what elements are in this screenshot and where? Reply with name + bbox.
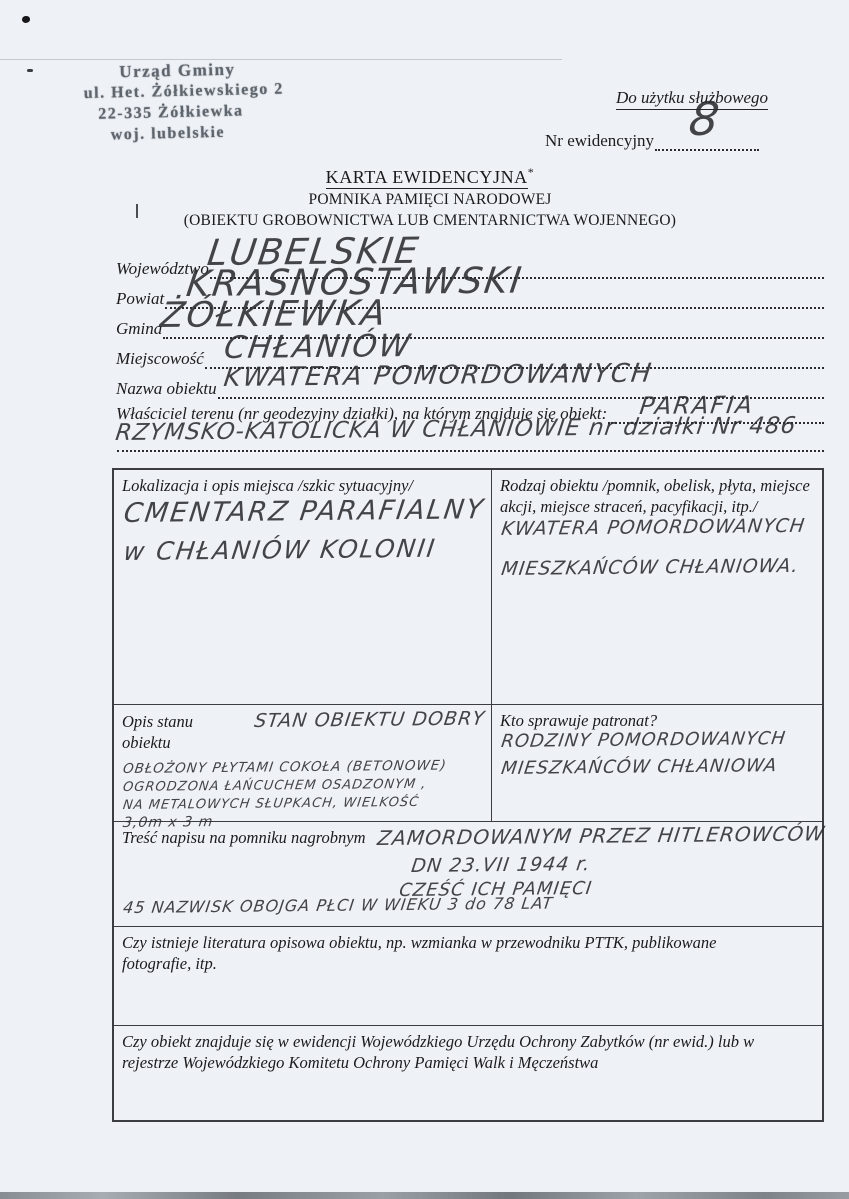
form-subtitle-2: (OBIEKTU GROBOWNICTWA LUB CMENTARNICTWA … <box>115 212 745 230</box>
cell-label: Czy istnieje literatura opisowa obiektu,… <box>122 932 787 974</box>
stamp-line: Urząd Gminy <box>119 57 357 82</box>
handwritten-lokalizacja-2: w CHŁANIÓW KOLONII <box>122 533 487 566</box>
form-subtitle-1: POMNIKA PAMIĘCI NARODOWEJ <box>115 191 745 209</box>
field-label: Nazwa obiektu <box>116 379 217 399</box>
scanned-form-page: Urząd Gminy ul. Het. Żółkiewskiego 2 22-… <box>0 0 849 1199</box>
registry-number-row: Nr ewidencyjny <box>545 131 759 151</box>
field-label: Gmina <box>116 319 162 339</box>
field-label: Powiat <box>116 289 164 309</box>
cell-tresc-napisu: Treść napisu na pomniku nagrobnym ZAMORD… <box>114 822 822 926</box>
handwritten-opis-2: OBŁOŻONY PŁYTAMI COKOŁA (BETONOWE) <box>122 757 486 777</box>
stamp-line: woj. lubelskie <box>111 121 359 145</box>
cell-rodzaj-obiektu: Rodzaj obiektu /pomnik, obelisk, płyta, … <box>492 470 822 704</box>
cell-label: Opis stanu obiektu <box>122 711 239 753</box>
cell-patronat: Kto sprawuje patronat? RODZINY POMORDOWA… <box>492 705 822 821</box>
stamp-line: 22-335 Żółkiewka <box>98 100 358 124</box>
handwritten-patronat-1: RODZINY POMORDOWANYCH <box>500 728 817 752</box>
cell-lokalizacja: Lokalizacja i opis miejsca /szkic sytuac… <box>114 470 492 704</box>
form-title-block: KARTA EWIDENCYJNA* POMNIKA PAMIĘCI NAROD… <box>115 165 745 230</box>
form-table: Lokalizacja i opis miejsca /szkic sytuac… <box>112 468 824 1122</box>
handwritten-patronat-2: MIESZKAŃCÓW CHŁANIOWA <box>500 755 817 779</box>
form-title: KARTA EWIDENCYJNA* <box>115 165 745 188</box>
handwritten-opis-1: STAN OBIEKTU DOBRY <box>253 708 486 732</box>
handwritten-lokalizacja-1: CMENTARZ PARAFIALNY <box>122 494 488 529</box>
field-label: Miejscowość <box>116 349 204 369</box>
cell-ewidencja: Czy obiekt znajduje się w ewidencji Woje… <box>114 1026 822 1120</box>
handwritten-napis-4: 45 NAZWISK OBOJGA PŁCI W WIEKU 3 do 78 L… <box>122 894 554 917</box>
office-stamp: Urząd Gminy ul. Het. Żółkiewskiego 2 22-… <box>77 57 359 145</box>
cell-label: Treść napisu na pomniku nagrobnym <box>122 828 366 847</box>
form-title-text: KARTA EWIDENCYJNA <box>326 167 528 189</box>
table-row-condition-patronage: Opis stanu obiektu STAN OBIEKTU DOBRY OB… <box>114 705 822 822</box>
stamp-line: ul. Het. Żółkiewskiego 2 <box>84 79 358 103</box>
cell-label: Rodzaj obiektu /pomnik, obelisk, płyta, … <box>500 475 810 517</box>
cell-literatura: Czy istnieje literatura opisowa obiektu,… <box>114 927 822 1025</box>
table-row-inscription: Treść napisu na pomniku nagrobnym ZAMORD… <box>114 822 822 927</box>
handwritten-rodzaj-1: KWATERA POMORDOWANYCH <box>500 515 817 540</box>
cell-opis-stanu: Opis stanu obiektu STAN OBIEKTU DOBRY OB… <box>114 705 492 821</box>
table-row-location-type: Lokalizacja i opis miejsca /szkic sytuac… <box>114 470 822 705</box>
scan-edge-artifact <box>0 1192 849 1199</box>
registry-number-label: Nr ewidencyjny <box>545 131 654 151</box>
handwritten-napis-2: DN 23.VII 1944 r. <box>410 853 592 877</box>
table-row-literature: Czy istnieje literatura opisowa obiektu,… <box>114 927 822 1026</box>
ink-dash-artifact <box>27 69 33 72</box>
handwritten-opis-3: OGRODZONA ŁAŃCUCHEM OSADZONYM , <box>122 776 485 795</box>
handwritten-nazwa-obiektu: KWATERA POMORDOWANYCH <box>222 359 655 393</box>
handwritten-opis-4: NA METALOWYCH SŁUPKACH, WIELKOŚĆ <box>122 794 485 813</box>
handwritten-rodzaj-2: MIESZKAŃCÓW CHŁANIOWA. <box>500 555 817 580</box>
form-title-footnote-mark: * <box>528 165 535 179</box>
cell-label: Lokalizacja i opis miejsca /szkic sytuac… <box>122 475 483 496</box>
table-row-registry-status: Czy obiekt znajduje się w ewidencji Woje… <box>114 1026 822 1120</box>
handwritten-miejscowosc: CHŁANIÓW <box>222 328 414 366</box>
cell-label: Czy obiekt znajduje się w ewidencji Woje… <box>122 1031 792 1073</box>
ink-dot-artifact <box>22 16 30 23</box>
handwritten-napis-1: ZAMORDOWANYM PRZEZ HITLEROWCÓW <box>376 821 827 850</box>
